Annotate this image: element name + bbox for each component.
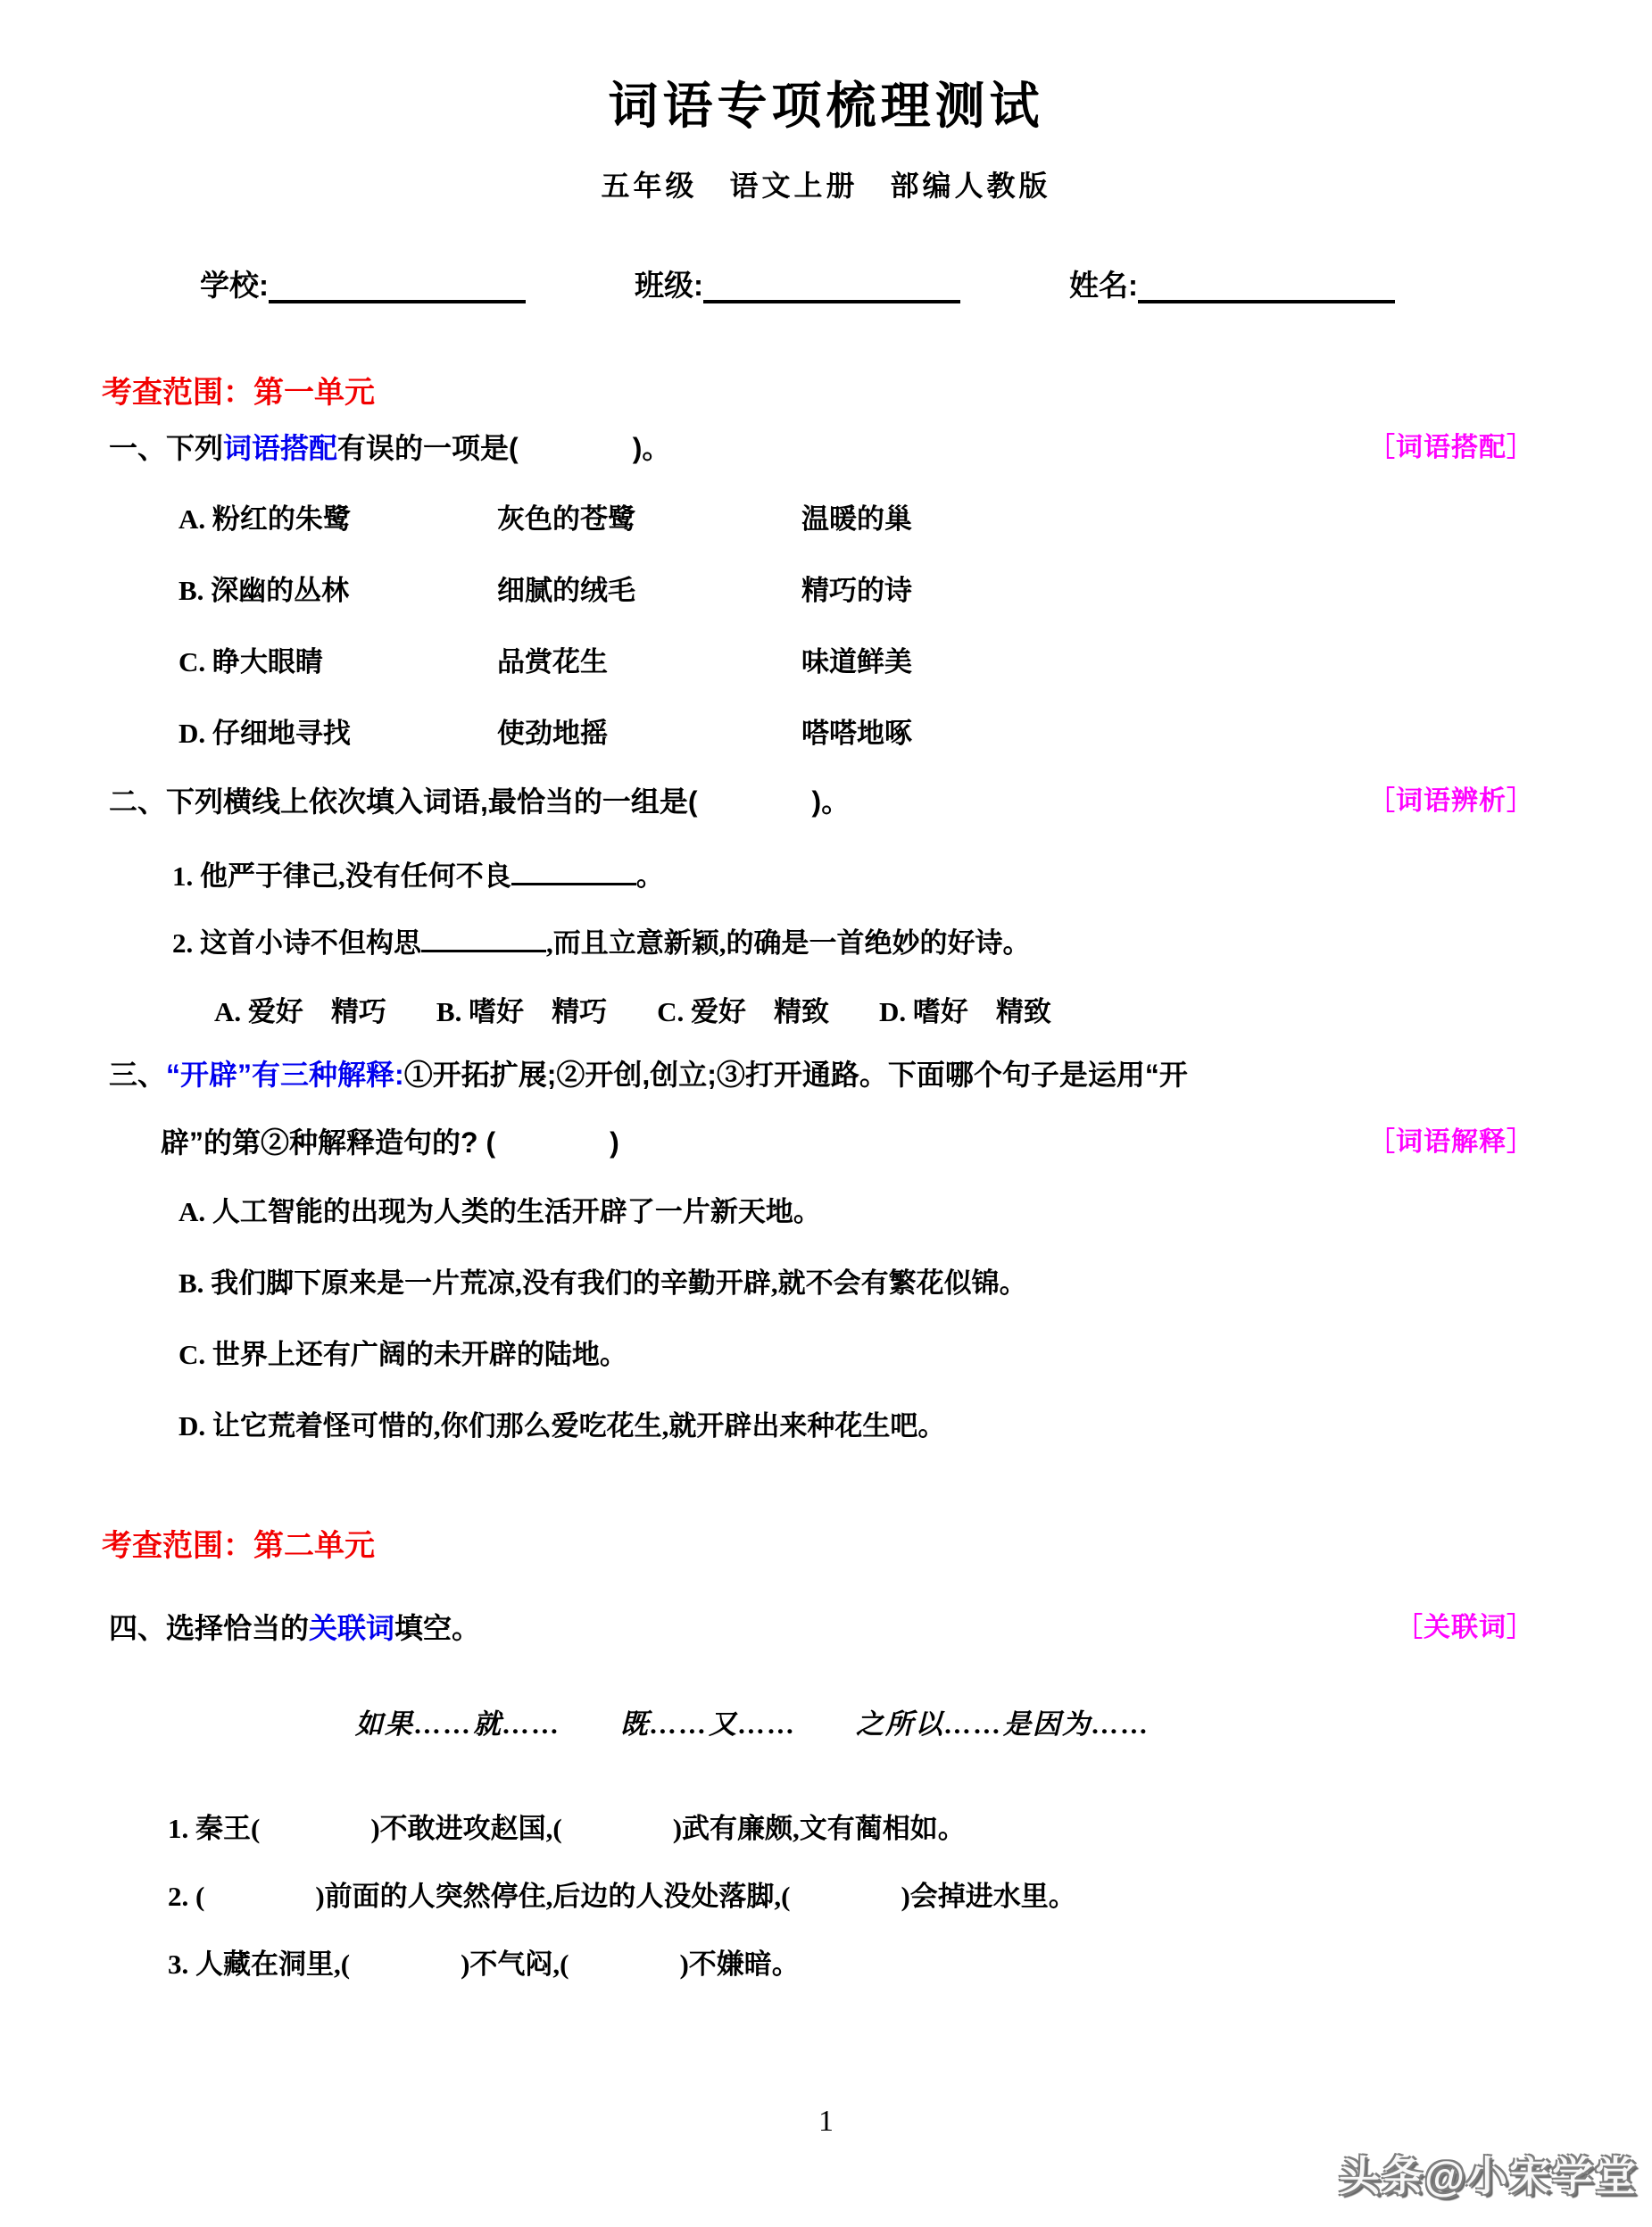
- q1-option-a-row: A. 粉红的朱鹭 灰色的苍鹭 温暖的巢: [178, 503, 1652, 536]
- q4-stem-pre: 四、选择恰当的: [109, 1612, 309, 1644]
- q3-stem-line2-text: 辟”的第②种解释造句的? ( ): [161, 1126, 619, 1159]
- q3-topic-tag: ［词语解释］: [1368, 1126, 1534, 1159]
- q1-option-a-cell1: A. 粉红的朱鹭: [178, 503, 497, 536]
- section2-heading: 考查范围：第二单元: [102, 1528, 1652, 1564]
- q1-option-d-cell2: 使劲地摇: [497, 718, 801, 750]
- question-2: 二、下列横线上依次填入词语,最恰当的一组是( )。 ［词语辨析］: [109, 785, 1534, 818]
- school-field: 学校:: [200, 268, 526, 303]
- q1-option-a-cell3: 温暖的巢: [801, 503, 912, 536]
- q2-item-2-fill-blank: [421, 926, 546, 952]
- q2-item-2: 2. 这首小诗不但构思,而且立意新颖,的确是一首绝妙的好诗。: [172, 926, 1652, 960]
- student-info-row: 学校: 班级: 姓名:: [200, 268, 1652, 303]
- q2-item-1-text-post: 。: [636, 860, 664, 892]
- class-blank-line: [703, 268, 960, 303]
- q2-topic-tag: ［词语辨析］: [1368, 785, 1534, 818]
- q1-option-d-cell1: D. 仔细地寻找: [178, 718, 497, 750]
- question-1-stem: 一、下列词语搭配有误的一项是( )。: [109, 432, 670, 464]
- q1-option-a-cell2: 灰色的苍鹭: [497, 503, 801, 536]
- q1-option-b-row: B. 深幽的丛林 细腻的绒毛 精巧的诗: [178, 575, 1652, 607]
- class-label: 班级:: [635, 268, 703, 303]
- section1-heading: 考查范围：第一单元: [102, 375, 1652, 411]
- q2-options-row: A. 爱好 精巧 B. 嗜好 精巧 C. 爱好 精致 D. 嗜好 精致: [214, 996, 1652, 1028]
- q1-keyword: 词语搭配: [223, 432, 337, 464]
- q2-option-b: B. 嗜好 精巧: [436, 996, 607, 1028]
- name-blank-line: [1138, 268, 1395, 303]
- q3-stem-post: ①开拓扩展;②开创,创立;③打开通路。下面哪个句子是运用“开: [404, 1059, 1188, 1091]
- q2-item-2-text-post: ,而且立意新颖,的确是一首绝妙的好诗。: [546, 927, 1031, 959]
- school-blank-line: [269, 268, 526, 303]
- q1-option-d-row: D. 仔细地寻找 使劲地摇 嗒嗒地啄: [178, 718, 1652, 750]
- page-number: 1: [0, 2105, 1652, 2139]
- q1-option-d-cell3: 嗒嗒地啄: [801, 718, 912, 750]
- q4-item-3: 3. 人藏在洞里,( )不气闷,( )不嫌暗。: [168, 1948, 1652, 1982]
- q1-stem-post: 有误的一项是( )。: [337, 432, 670, 464]
- question-4: 四、选择恰当的关联词填空。 ［关联词］: [109, 1612, 1534, 1644]
- question-1: 一、下列词语搭配有误的一项是( )。 ［词语搭配］: [109, 432, 1534, 464]
- name-field: 姓名:: [1069, 268, 1395, 303]
- q3-option-d: D. 让它荒着怪可惜的,你们那么爱吃花生,就开辟出来种花生吧。: [178, 1410, 1554, 1442]
- q3-keyword: “开辟”有三种解释:: [166, 1059, 404, 1091]
- q1-stem-pre: 一、下列: [109, 432, 223, 464]
- q4-item-2: 2. ( )前面的人突然停住,后边的人没处落脚,( )会掉进水里。: [168, 1880, 1652, 1914]
- q1-option-c-cell1: C. 睁大眼睛: [178, 646, 497, 678]
- class-field: 班级:: [635, 268, 960, 303]
- q1-option-c-row: C. 睁大眼睛 品赏花生 味道鲜美: [178, 646, 1652, 678]
- worksheet-page: 词语专项梳理测试 五年级 语文上册 部编人教版 学校: 班级: 姓名: 考查范围…: [0, 0, 1652, 2227]
- q2-option-a: A. 爱好 精巧: [214, 996, 386, 1028]
- q2-item-1-text-pre: 1. 他严于律己,没有任何不良: [172, 860, 511, 892]
- q2-option-d: D. 嗜好 精致: [879, 996, 1051, 1028]
- watermark-toutiao-xiaosong: 头条@小宋学堂: [1339, 2144, 1638, 2203]
- page-title: 词语专项梳理测试: [0, 80, 1652, 134]
- name-label: 姓名:: [1069, 268, 1138, 303]
- q1-option-b-cell3: 精巧的诗: [801, 575, 912, 607]
- q2-item-2-text-pre: 2. 这首小诗不但构思: [172, 927, 421, 959]
- q1-option-b-cell2: 细腻的绒毛: [497, 575, 801, 607]
- q4-topic-tag: ［关联词］: [1396, 1612, 1534, 1644]
- q2-option-c: C. 爱好 精致: [657, 996, 829, 1028]
- q3-option-c: C. 世界上还有广阔的未开辟的陆地。: [178, 1339, 1554, 1371]
- q3-option-a: A. 人工智能的出现为人类的生活开辟了一片新天地。: [178, 1196, 1554, 1228]
- q1-option-c-cell2: 品赏花生: [497, 646, 801, 678]
- q4-connectives-word-bank: 如果……就…… 既……又…… 之所以……是因为……: [355, 1708, 1652, 1741]
- q2-item-1-fill-blank: [511, 859, 636, 885]
- question-3-stem-line2: 辟”的第②种解释造句的? ( ) ［词语解释］: [109, 1126, 1534, 1159]
- q1-option-b-cell1: B. 深幽的丛林: [178, 575, 497, 607]
- q3-option-b: B. 我们脚下原来是一片荒凉,没有我们的辛勤开辟,就不会有繁花似锦。: [178, 1267, 1554, 1300]
- q1-topic-tag: ［词语搭配］: [1368, 432, 1534, 464]
- question-3-stem-line1: 三、“开辟”有三种解释:①开拓扩展;②开创,创立;③打开通路。下面哪个句子是运用…: [109, 1059, 1572, 1091]
- page-subtitle: 五年级 语文上册 部编人教版: [0, 170, 1652, 202]
- q2-item-1: 1. 他严于律己,没有任何不良。: [172, 859, 1652, 893]
- school-label: 学校:: [200, 268, 269, 303]
- question-4-stem: 四、选择恰当的关联词填空。: [109, 1612, 480, 1644]
- q4-item-1: 1. 秦王( )不敢进攻赵国,( )武有廉颇,文有蔺相如。: [168, 1812, 1652, 1846]
- q3-stem-pre: 三、: [109, 1059, 166, 1091]
- q4-stem-post: 填空。: [394, 1612, 480, 1644]
- question-2-stem: 二、下列横线上依次填入词语,最恰当的一组是( )。: [109, 785, 850, 818]
- q4-keyword: 关联词: [309, 1612, 394, 1644]
- q1-option-c-cell3: 味道鲜美: [801, 646, 912, 678]
